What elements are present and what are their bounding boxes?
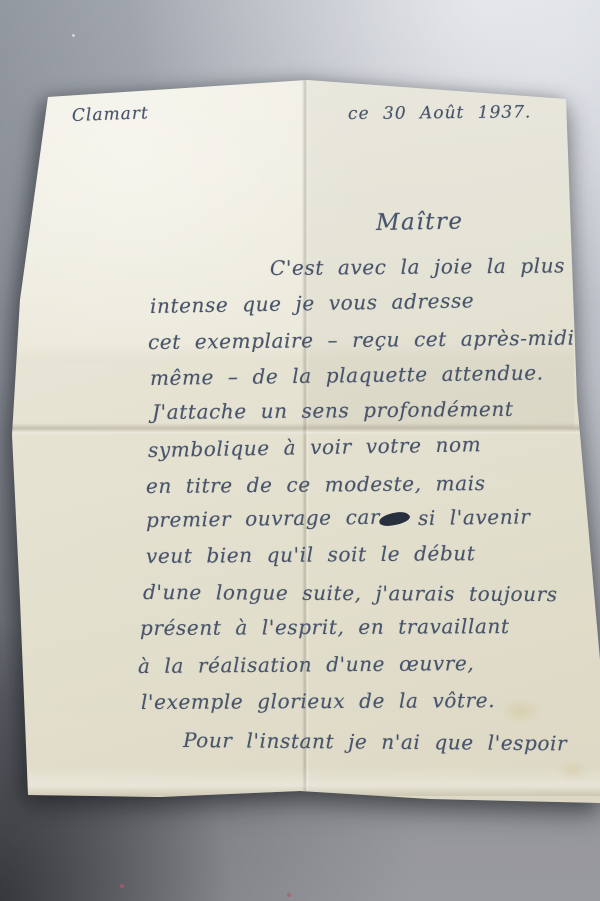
- photo-backdrop: Clamart ce 30 Août 1937. Maître C'est av…: [0, 0, 600, 901]
- letter-line: J'attache un sens profondément: [152, 397, 514, 424]
- letter-line: à la réalisation d'une œuvre,: [138, 651, 475, 678]
- letter-line: premier ouvrage car: [146, 505, 380, 532]
- letter-line: si l'avenir: [418, 504, 531, 530]
- letter-line: présent à l'esprit, en travaillant: [140, 614, 510, 640]
- letter-line: veut bien qu'il soit le début: [146, 541, 476, 568]
- horizontal-fold-crease: [10, 423, 600, 435]
- paper-stain: [500, 698, 542, 724]
- letter-line: en titre de ce modeste, mais: [146, 471, 486, 498]
- paper-stain: [556, 760, 590, 782]
- bottom-edge-curl: [10, 766, 600, 796]
- letter-paper-shadow: Clamart ce 30 Août 1937. Maître C'est av…: [0, 0, 600, 901]
- letter-line: d'une longue suite, j'aurais toujours: [143, 580, 558, 606]
- letter-paper: Clamart ce 30 Août 1937. Maître C'est av…: [0, 0, 600, 901]
- letter-line: l'exemple glorieux de la vôtre.: [141, 688, 495, 714]
- pink-speck: [120, 884, 124, 888]
- letter-line: C'est avec la joie la plus: [270, 253, 565, 280]
- letter-line: symbolique à voir votre nom: [148, 432, 482, 462]
- letter-salutation: Maître: [376, 208, 464, 236]
- ink-blot: [378, 510, 410, 528]
- letter-place: Clamart: [72, 103, 149, 126]
- letter-line: Pour l'instant je n'ai que l'espoir: [183, 728, 567, 755]
- letter-date: ce 30 Août 1937.: [348, 102, 532, 124]
- pink-speck: [287, 893, 291, 897]
- letter-line: cet exemplaire – reçu cet après-midi: [148, 326, 575, 354]
